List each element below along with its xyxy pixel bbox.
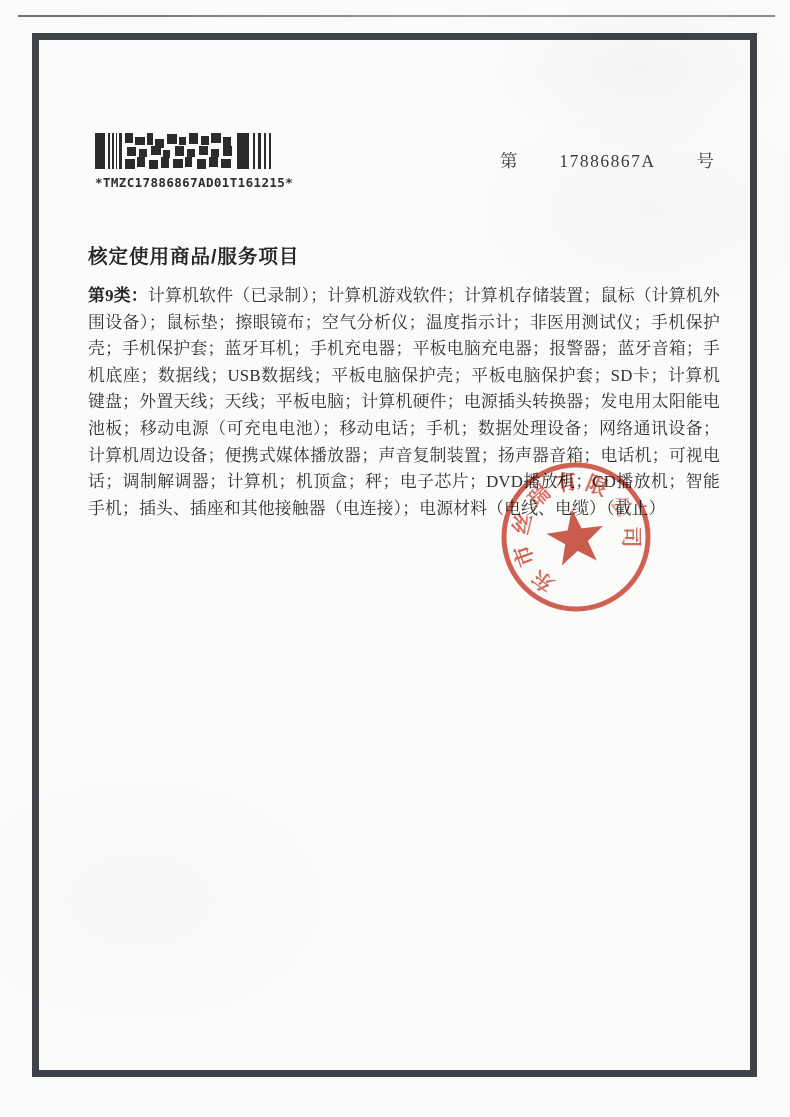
seal-char: 丝 [508, 511, 536, 537]
certificate-number-prefix: 第 [500, 148, 519, 173]
seal-star-icon [544, 505, 608, 567]
seal-char: 司 [619, 527, 643, 548]
barcode-icon [95, 131, 285, 173]
certificate-number: 第 17886867A 号 [500, 148, 715, 173]
seal-char: 有 [554, 469, 579, 496]
class-label: 第9类： [88, 286, 148, 305]
barcode-caption: *TMZC17886867AD01T161215* [95, 175, 285, 190]
company-seal-stamp: 东 市 丝 瑞 有 限 公 司 [496, 457, 656, 617]
barcode-block: *TMZC17886867AD01T161215* [95, 131, 285, 190]
scan-edge-line [18, 15, 775, 17]
seal-char: 市 [509, 542, 539, 570]
seal-char: 限 [582, 471, 610, 501]
scanned-page: *TMZC17886867AD01T161215* 第 17886867A 号 … [0, 0, 790, 1117]
certificate-number-value: 17886867A [559, 151, 655, 172]
section-title: 核定使用商品/服务项目 [88, 241, 299, 269]
certificate-number-suffix: 号 [696, 148, 715, 173]
